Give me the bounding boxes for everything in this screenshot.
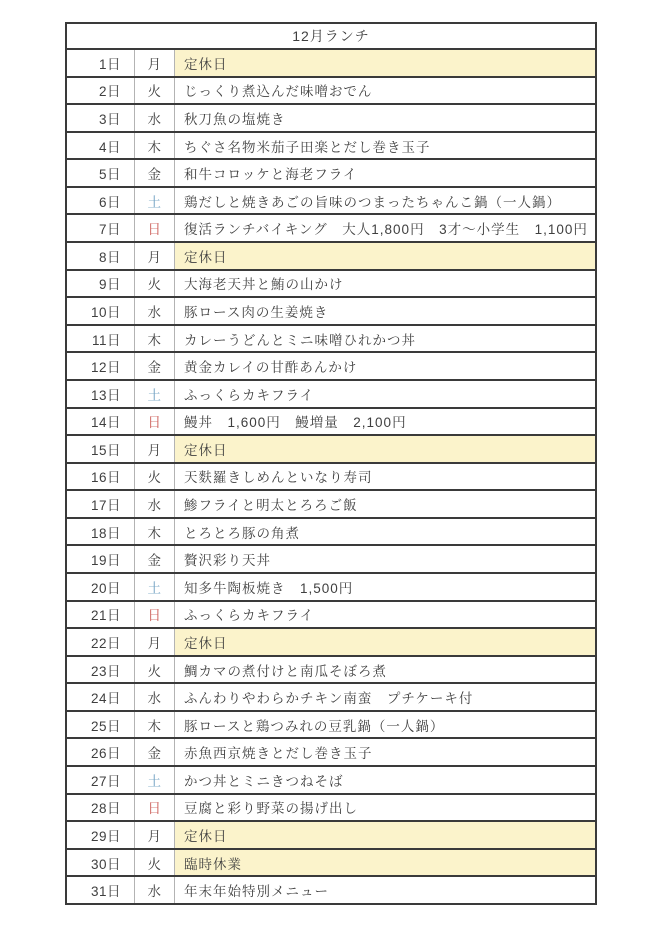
table-row: 3日 水 秋刀魚の塩焼き [67,103,595,131]
day-cell: 3日 [67,105,135,131]
weekday-cell: 金 [135,160,175,186]
table-row: 7日 日 復活ランチバイキング 大人1,800円 3才～小学生 1,100円 [67,213,595,241]
day-cell: 2日 [67,78,135,104]
day-cell: 5日 [67,160,135,186]
menu-cell: 鰻丼 1,600円 鰻増量 2,100円 [175,409,595,435]
table-row: 8日 月 定休日 [67,241,595,269]
weekday-cell: 月 [135,436,175,462]
menu-cell: 大海老天丼と鮪の山かけ [175,271,595,297]
menu-cell: 定休日 [175,436,595,462]
weekday-cell: 月 [135,629,175,655]
day-cell: 14日 [67,409,135,435]
table-row: 18日 木 とろとろ豚の角煮 [67,517,595,545]
calendar-title: 12月ランチ [67,24,595,48]
menu-cell: 定休日 [175,243,595,269]
menu-cell: じっくり煮込んだ味噌おでん [175,78,595,104]
menu-cell: ふんわりやわらかチキン南蛮 プチケーキ付 [175,684,595,710]
table-row: 31日 水 年末年始特別メニュー [67,875,595,903]
weekday-cell: 水 [135,105,175,131]
table-row: 20日 土 知多牛陶板焼き 1,500円 [67,572,595,600]
day-cell: 30日 [67,850,135,876]
table-row: 9日 火 大海老天丼と鮪の山かけ [67,269,595,297]
weekday-cell: 水 [135,877,175,903]
weekday-cell: 火 [135,78,175,104]
day-cell: 21日 [67,602,135,628]
menu-cell: 鯵フライと明太とろろご飯 [175,491,595,517]
menu-cell: 臨時休業 [175,850,595,876]
table-row: 10日 水 豚ロース肉の生姜焼き [67,296,595,324]
table-row: 1日 月 定休日 [67,48,595,76]
table-row: 6日 土 鶏だしと焼きあごの旨味のつまったちゃんこ鍋（一人鍋） [67,186,595,214]
weekday-cell: 水 [135,298,175,324]
menu-cell: 秋刀魚の塩焼き [175,105,595,131]
day-cell: 29日 [67,822,135,848]
weekday-cell: 木 [135,326,175,352]
day-cell: 1日 [67,50,135,76]
table-row: 4日 木 ちぐさ名物米茄子田楽とだし巻き玉子 [67,131,595,159]
weekday-cell: 土 [135,381,175,407]
table-row: 16日 火 天麩羅きしめんといなり寿司 [67,462,595,490]
menu-cell: 定休日 [175,629,595,655]
table-row: 15日 月 定休日 [67,434,595,462]
table-row: 25日 木 豚ロースと鶏つみれの豆乳鍋（一人鍋） [67,710,595,738]
day-cell: 13日 [67,381,135,407]
day-cell: 24日 [67,684,135,710]
day-cell: 16日 [67,464,135,490]
table-row: 29日 月 定休日 [67,820,595,848]
menu-cell: カレーうどんとミニ味噌ひれかつ丼 [175,326,595,352]
day-cell: 4日 [67,133,135,159]
menu-cell: ふっくらカキフライ [175,602,595,628]
day-cell: 31日 [67,877,135,903]
weekday-cell: 日 [135,795,175,821]
menu-cell: 豆腐と彩り野菜の揚げ出し [175,795,595,821]
menu-cell: 定休日 [175,50,595,76]
day-cell: 26日 [67,739,135,765]
table-row: 27日 土 かつ丼とミニきつねそば [67,765,595,793]
menu-cell: 豚ロースと鶏つみれの豆乳鍋（一人鍋） [175,712,595,738]
table-row: 24日 水 ふんわりやわらかチキン南蛮 プチケーキ付 [67,682,595,710]
weekday-cell: 月 [135,243,175,269]
table-row: 11日 木 カレーうどんとミニ味噌ひれかつ丼 [67,324,595,352]
table-row: 28日 日 豆腐と彩り野菜の揚げ出し [67,793,595,821]
day-cell: 11日 [67,326,135,352]
weekday-cell: 土 [135,574,175,600]
weekday-cell: 土 [135,767,175,793]
weekday-cell: 火 [135,657,175,683]
menu-cell: 定休日 [175,822,595,848]
weekday-cell: 火 [135,271,175,297]
weekday-cell: 木 [135,133,175,159]
day-cell: 27日 [67,767,135,793]
menu-cell: 豚ロース肉の生姜焼き [175,298,595,324]
weekday-cell: 月 [135,50,175,76]
menu-cell: ふっくらカキフライ [175,381,595,407]
day-cell: 23日 [67,657,135,683]
weekday-cell: 日 [135,215,175,241]
lunch-calendar-table: 12月ランチ 1日 月 定休日 2日 火 じっくり煮込んだ味噌おでん 3日 水 … [65,22,597,905]
day-cell: 7日 [67,215,135,241]
table-row: 30日 火 臨時休業 [67,848,595,876]
weekday-cell: 金 [135,353,175,379]
day-cell: 18日 [67,519,135,545]
menu-cell: 黄金カレイの甘酢あんかけ [175,353,595,379]
day-cell: 8日 [67,243,135,269]
table-row: 17日 水 鯵フライと明太とろろご飯 [67,489,595,517]
weekday-cell: 土 [135,188,175,214]
menu-cell: 贅沢彩り天丼 [175,546,595,572]
day-cell: 22日 [67,629,135,655]
menu-cell: かつ丼とミニきつねそば [175,767,595,793]
day-cell: 15日 [67,436,135,462]
weekday-cell: 金 [135,546,175,572]
table-row: 2日 火 じっくり煮込んだ味噌おでん [67,76,595,104]
table-row: 23日 火 鯛カマの煮付けと南瓜そぼろ煮 [67,655,595,683]
day-cell: 10日 [67,298,135,324]
menu-cell: ちぐさ名物米茄子田楽とだし巻き玉子 [175,133,595,159]
weekday-cell: 水 [135,684,175,710]
day-cell: 28日 [67,795,135,821]
menu-cell: とろとろ豚の角煮 [175,519,595,545]
menu-cell: 鯛カマの煮付けと南瓜そぼろ煮 [175,657,595,683]
menu-cell: 鶏だしと焼きあごの旨味のつまったちゃんこ鍋（一人鍋） [175,188,595,214]
table-row: 19日 金 贅沢彩り天丼 [67,544,595,572]
menu-cell: 年末年始特別メニュー [175,877,595,903]
weekday-cell: 日 [135,602,175,628]
day-cell: 20日 [67,574,135,600]
day-cell: 12日 [67,353,135,379]
table-row: 12日 金 黄金カレイの甘酢あんかけ [67,351,595,379]
weekday-cell: 金 [135,739,175,765]
day-cell: 25日 [67,712,135,738]
menu-cell: 天麩羅きしめんといなり寿司 [175,464,595,490]
table-row: 5日 金 和牛コロッケと海老フライ [67,158,595,186]
day-cell: 6日 [67,188,135,214]
weekday-cell: 木 [135,519,175,545]
table-row: 21日 日 ふっくらカキフライ [67,600,595,628]
weekday-cell: 火 [135,850,175,876]
table-row: 13日 土 ふっくらカキフライ [67,379,595,407]
day-cell: 19日 [67,546,135,572]
weekday-cell: 水 [135,491,175,517]
table-row: 14日 日 鰻丼 1,600円 鰻増量 2,100円 [67,407,595,435]
menu-cell: 知多牛陶板焼き 1,500円 [175,574,595,600]
table-row: 22日 月 定休日 [67,627,595,655]
menu-cell: 赤魚西京焼きとだし巻き玉子 [175,739,595,765]
weekday-cell: 日 [135,409,175,435]
weekday-cell: 月 [135,822,175,848]
weekday-cell: 木 [135,712,175,738]
menu-cell: 和牛コロッケと海老フライ [175,160,595,186]
menu-cell: 復活ランチバイキング 大人1,800円 3才～小学生 1,100円 [175,215,595,241]
table-row: 26日 金 赤魚西京焼きとだし巻き玉子 [67,737,595,765]
day-cell: 17日 [67,491,135,517]
weekday-cell: 火 [135,464,175,490]
day-cell: 9日 [67,271,135,297]
